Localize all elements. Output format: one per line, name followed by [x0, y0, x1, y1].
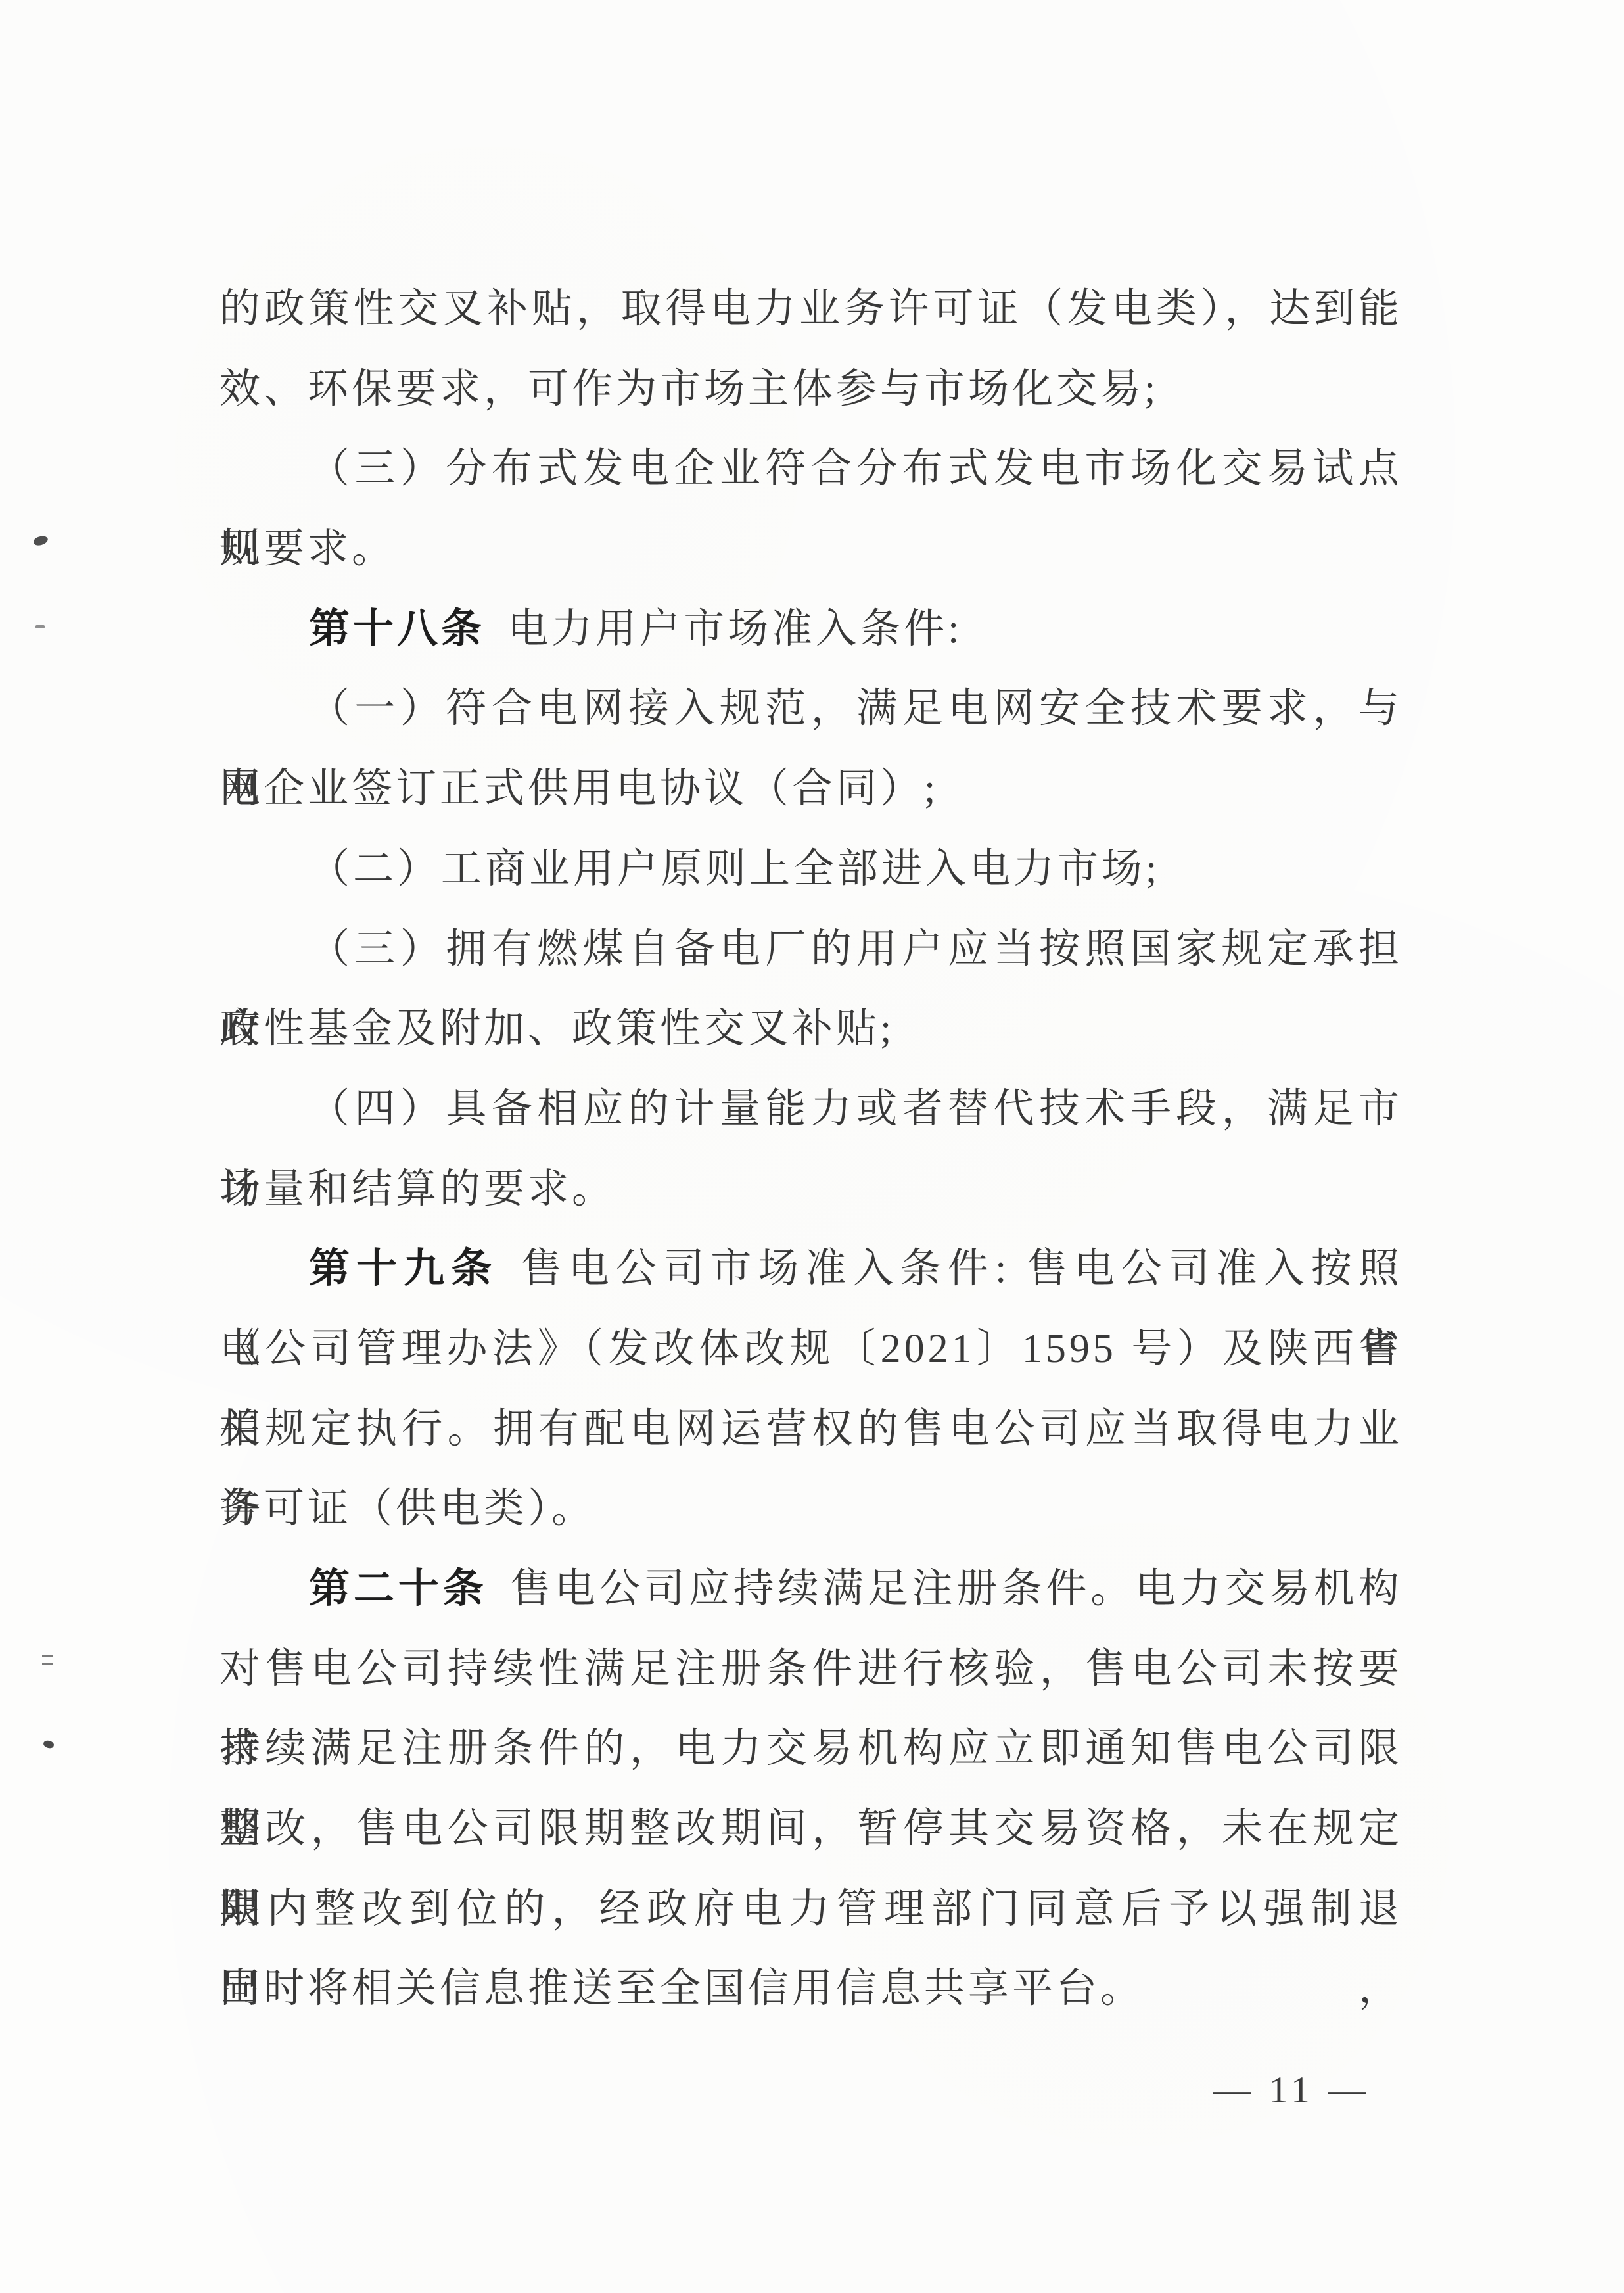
line-text: （二）工商业用户原则上全部进入电力市场; [309, 847, 1160, 891]
line-text: 的政策性交叉补贴，取得电力业务许可证（发电类），达到能 [220, 287, 1403, 331]
ink-speck [35, 625, 45, 628]
line-text: 许可证（供电类）。 [220, 1486, 595, 1531]
text-line: （四）具备相应的计量能力或者替代技术手段，满足市场 [220, 1070, 1403, 1150]
text-line: 第十九条售电公司市场准入条件: 售电公司准入按照《售 [220, 1229, 1403, 1310]
line-text: 网企业签订正式供用电协议（合同）; [220, 767, 939, 811]
line-text: 计量和结算的要求。 [220, 1167, 616, 1212]
ink-speck [33, 534, 49, 547]
text-line: 第二十条售电公司应持续满足注册条件。电力交易机构 [220, 1549, 1403, 1630]
text-line: 限内整改到位的，经政府电力管理部门同意后予以强制退出， [220, 1870, 1403, 1950]
text-line: （三）拥有燃煤自备电厂的用户应当按照国家规定承担政 [220, 910, 1403, 990]
scanned-document-page: { "document": { "lines": [ { "bold": "",… [0, 0, 1624, 2293]
text-line: 关规定执行。拥有配电网运营权的售电公司应当取得电力业务 [220, 1390, 1403, 1470]
text-line: 持续满足注册条件的，电力交易机构应立即通知售电公司限期 [220, 1709, 1403, 1789]
article-number-heading: 第十八条 [309, 607, 485, 651]
document-text-block: 的政策性交叉补贴，取得电力业务许可证（发电类），达到能 效、环保要求，可作为市场… [220, 270, 1403, 2029]
text-line: 计量和结算的要求。 [220, 1150, 1403, 1230]
page-background: 的政策性交叉补贴，取得电力业务许可证（发电类），达到能 效、环保要求，可作为市场… [0, 0, 1624, 2293]
line-text: 电力用户市场准入条件: [507, 607, 962, 651]
ink-speck [42, 1655, 53, 1665]
text-line: （三）分布式发电企业符合分布式发电市场化交易试点规 [220, 429, 1403, 509]
text-line: 府性基金及附加、政策性交叉补贴; [220, 989, 1403, 1070]
text-line: 第十八条电力用户市场准入条件: [220, 590, 1403, 670]
text-line: 则要求。 [220, 509, 1403, 590]
text-line: （一）符合电网接入规范，满足电网安全技术要求，与电 [220, 669, 1403, 749]
text-line: 对售电公司持续性满足注册条件进行核验，售电公司未按要求 [220, 1630, 1403, 1710]
page-number: — 11 — [1213, 2071, 1370, 2110]
article-number-heading: 第十九条 [309, 1246, 499, 1291]
text-line: 网企业签订正式供用电协议（合同）; [220, 749, 1403, 830]
text-line: 效、环保要求，可作为市场主体参与市场化交易; [220, 350, 1403, 430]
text-line: 的政策性交叉补贴，取得电力业务许可证（发电类），达到能 [220, 270, 1403, 350]
text-line: 整改，售电公司限期整改期间，暂停其交易资格，未在规定期 [220, 1789, 1403, 1870]
line-text: 府性基金及附加、政策性交叉补贴; [220, 1006, 894, 1051]
article-number-heading: 第二十条 [309, 1567, 488, 1611]
line-text: 售电公司应持续满足注册条件。电力交易机构 [510, 1567, 1403, 1611]
line-text: 则要求。 [220, 527, 396, 571]
text-line: （二）工商业用户原则上全部进入电力市场; [220, 830, 1403, 910]
ink-speck [43, 1739, 55, 1749]
line-text: 效、环保要求，可作为市场主体参与市场化交易; [220, 367, 1159, 412]
text-line: 电公司管理办法》（发改体改规〔2021〕1595 号）及陕西省相 [220, 1310, 1403, 1390]
text-line: 许可证（供电类）。 [220, 1469, 1403, 1549]
line-text: 同时将相关信息推送至全国信用信息共享平台。 [220, 1966, 1144, 2011]
